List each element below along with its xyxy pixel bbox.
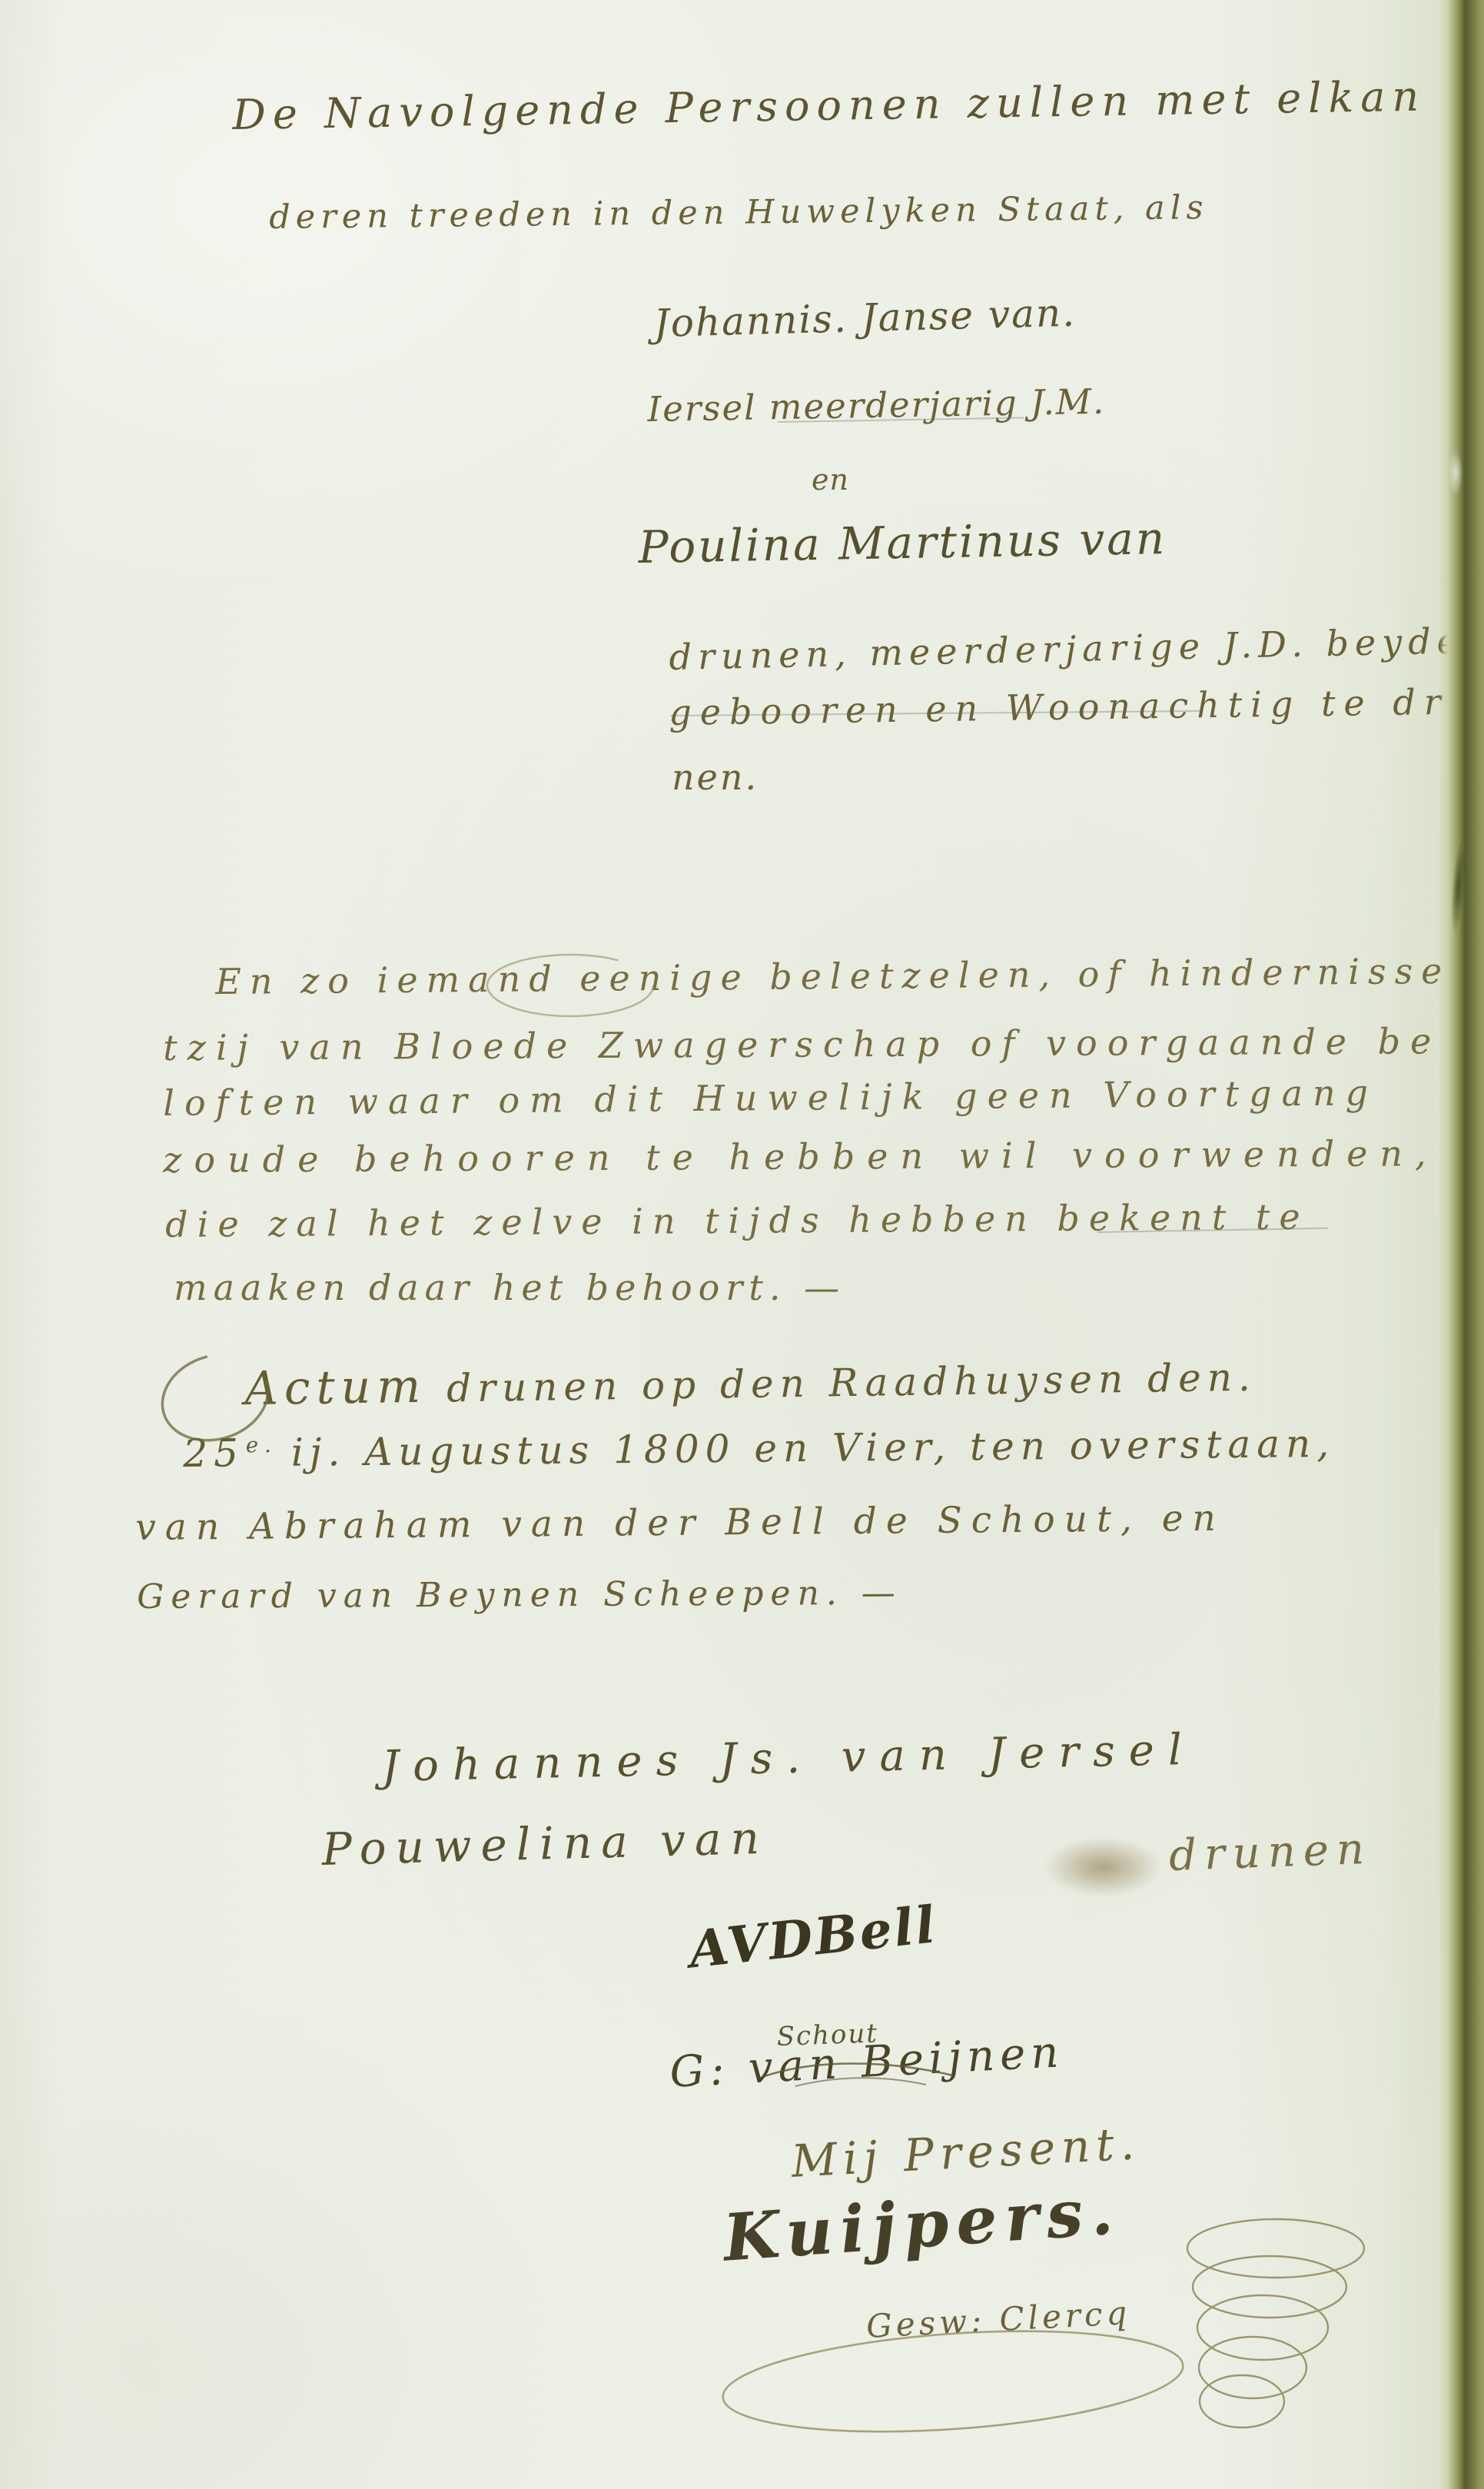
schout-signature: AVDBell — [686, 1894, 940, 1979]
scheepen-signature: G: van Beijnen — [669, 2027, 1065, 2098]
conjunction-en: en — [812, 463, 849, 497]
document-scan: De Navolgende Persoonen zullen met elkan… — [0, 0, 1484, 2489]
groom-signature: Johannes Js. van Jersel — [381, 1725, 1196, 1792]
clause-line-5: die zal het zelve in tijds hebben bekent… — [165, 1196, 1310, 1245]
bride-signature-left: Pouwelina van — [321, 1812, 769, 1876]
actum-line-4: Gerard van Beynen Scheepen. — — [137, 1573, 902, 1617]
clause-line-2: tzij van Bloede Zwagerschap of voorgaand… — [163, 1020, 1441, 1068]
actum-word: Actum — [244, 1360, 427, 1416]
actum-line-3: van Abraham van der Bell de Schout, en — [135, 1497, 1225, 1549]
actum-line-2: 25e.ij. Augustus 1800 en Vier, ten overs… — [183, 1421, 1335, 1476]
book-page-edge — [1439, 0, 1484, 2489]
clause-line-6: maaken daar het behoort. — — [174, 1267, 845, 1308]
actum-day-number: 25 — [183, 1431, 244, 1476]
heading-line-2: deren treeden in den Huwelyken Staat, al… — [269, 188, 1209, 237]
clause-line-3: loften waar om dit Huwelijk geen Voortga… — [163, 1072, 1378, 1124]
clause-line-1: En zo iemand eenige beletzelen, of hinde… — [215, 950, 1451, 1002]
bride-name-line-1: Poulina Martinus van — [638, 512, 1167, 573]
bride-name-line-3: gebooren en Woonachtig te dru — [669, 680, 1481, 733]
actum-line-2-rest: ij. Augustus 1800 en Vier, ten overstaan… — [291, 1421, 1336, 1475]
actum-line-1-rest: drunen op den Raadhuysen den. — [447, 1355, 1257, 1411]
clerk-spiral-flourish — [1187, 2219, 1364, 2428]
bride-signature-right: drunen — [1168, 1824, 1373, 1881]
clerk-signature: Kuijpers. — [721, 2172, 1123, 2276]
actum-line-1: Actumdrunen op den Raadhuysen den. — [244, 1348, 1257, 1416]
page-edge-nick — [1448, 450, 1463, 496]
groom-name-line-1: Johannis. Janse van. — [653, 291, 1077, 346]
ink-stain — [1044, 1837, 1163, 1897]
heading-line-1: De Navolgende Persoonen zullen met elkan — [232, 72, 1426, 139]
clause-line-4: zoude behooren te hebben wil voorwenden, — [163, 1132, 1439, 1181]
bride-name-line-2: drunen, meerderjarige J.D. beyde — [669, 620, 1464, 678]
bride-name-line-4: nen. — [672, 756, 759, 798]
actum-day-ordinal: e. — [246, 1433, 277, 1457]
groom-name-line-2: Iersel meerderjarig J.M. — [647, 381, 1106, 430]
clerk-title: Gesw: Clercq — [865, 2294, 1131, 2345]
